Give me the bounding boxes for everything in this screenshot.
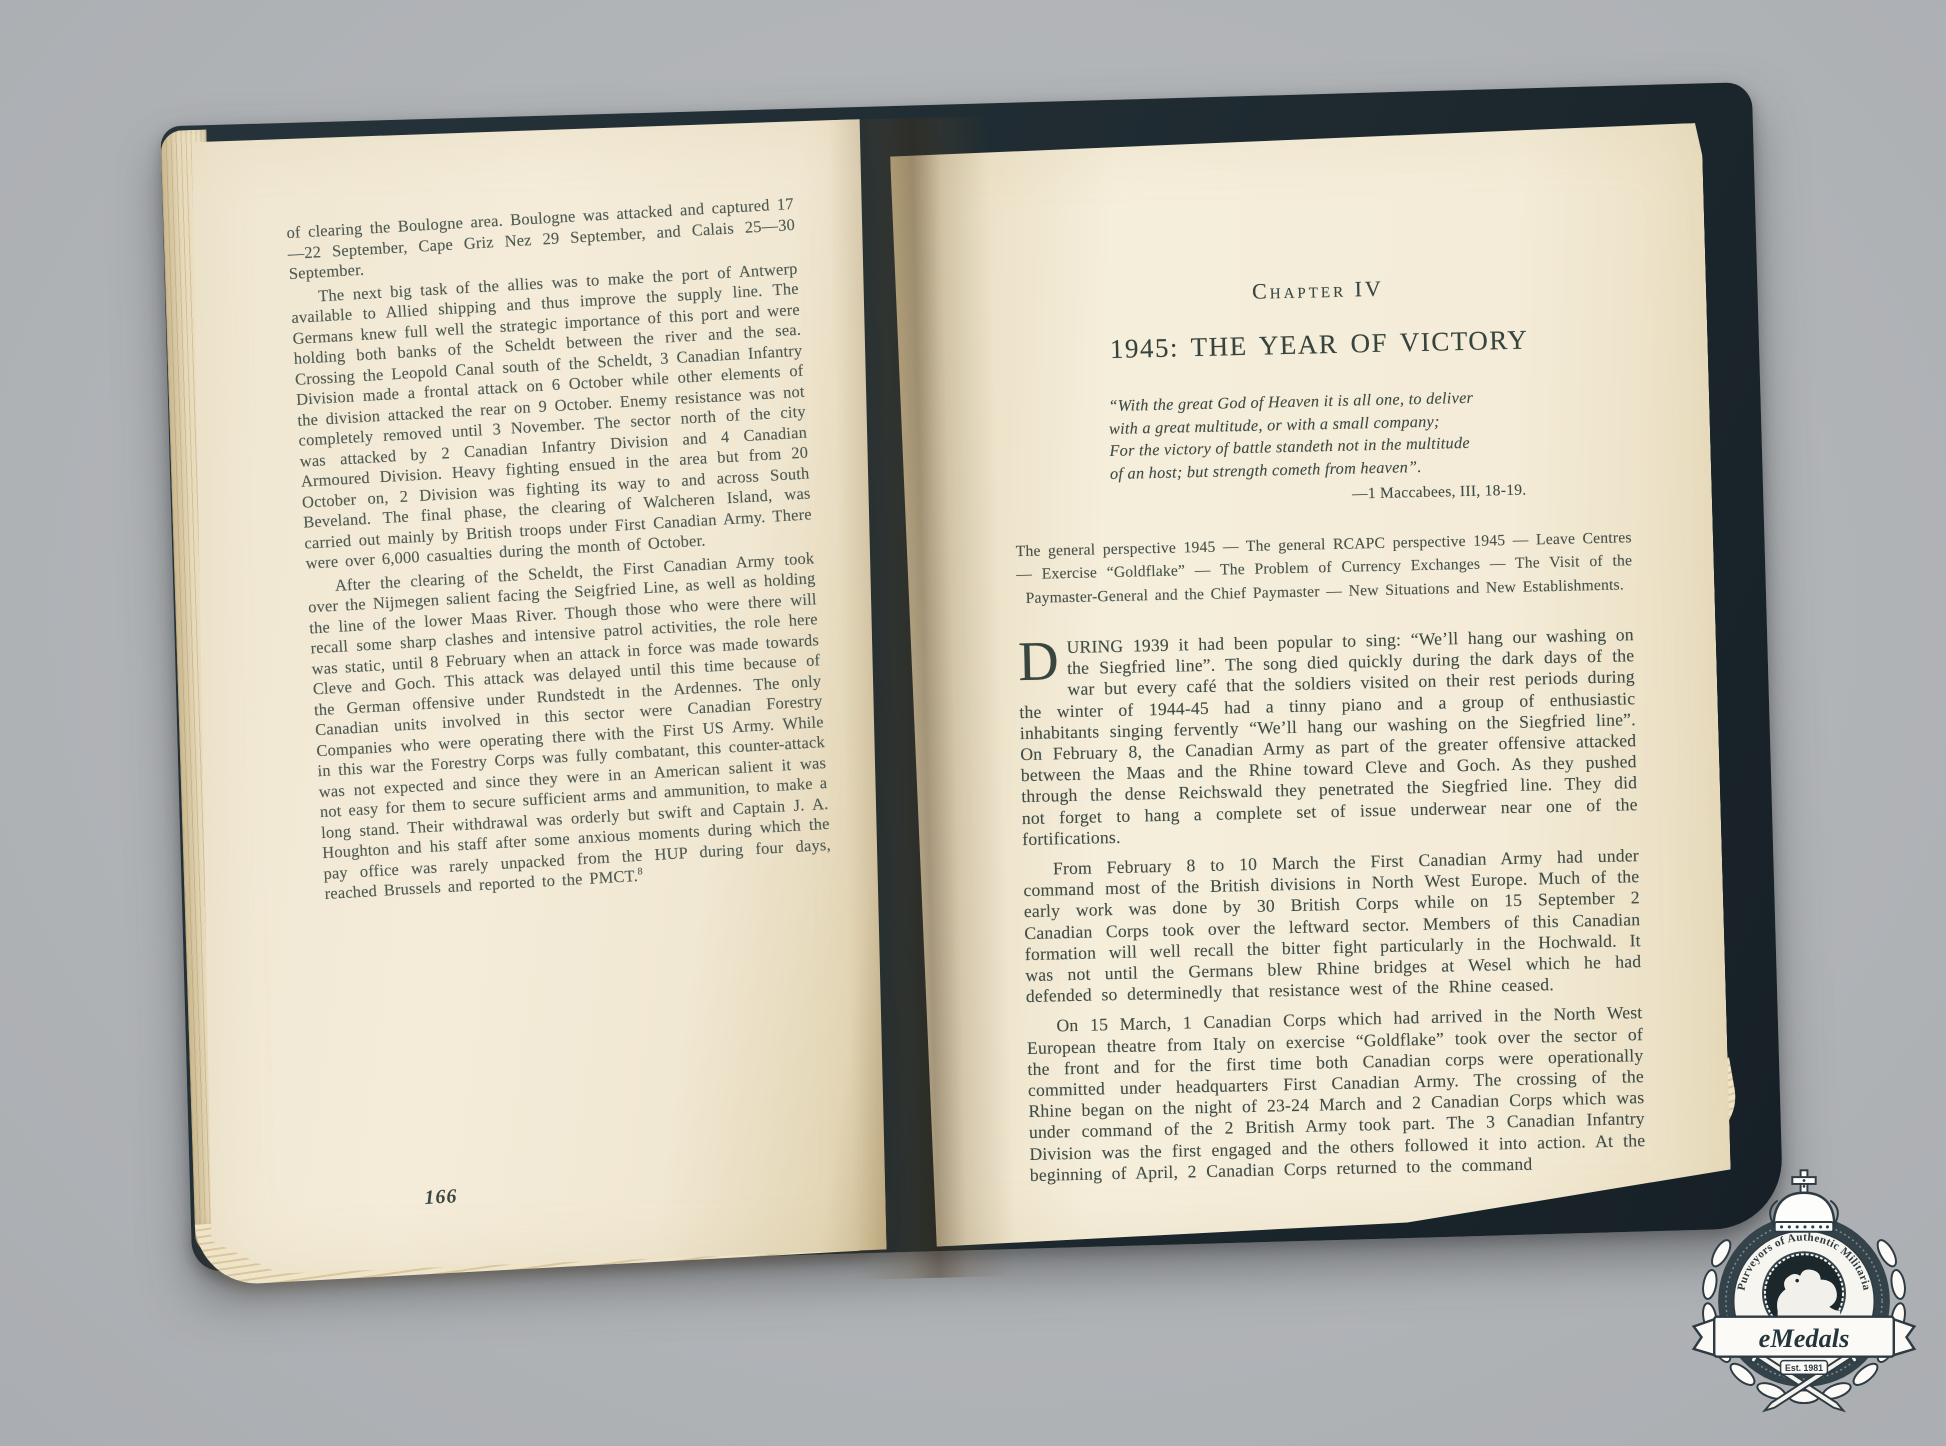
page-number-left: 166 bbox=[424, 1185, 458, 1210]
footnote-marker: 8 bbox=[637, 866, 643, 877]
drop-cap: D bbox=[1018, 637, 1068, 684]
paragraph: After the clearing of the Scheldt, the F… bbox=[306, 548, 832, 905]
left-page: of clearing the Boulogne area. Boulogne … bbox=[188, 119, 887, 1275]
paragraph: The next big task of the allies was to m… bbox=[290, 258, 814, 574]
chapter-title: 1945: THE YEAR OF VICTORY bbox=[1011, 322, 1628, 367]
crown-icon bbox=[1770, 1170, 1838, 1231]
paragraph: On 15 March, 1 Canadian Corps which had … bbox=[1026, 1003, 1646, 1187]
watermark-brand: eMedals bbox=[1759, 1324, 1850, 1353]
paragraph: From February 8 to 10 March the First Ca… bbox=[1023, 845, 1642, 1007]
chapter-summary: The general perspective 1945 — The gener… bbox=[1015, 526, 1632, 610]
right-page: Chapter IV 1945: THE YEAR OF VICTORY “Wi… bbox=[890, 123, 1732, 1247]
epigraph: “With the great God of Heaven it is all … bbox=[1108, 385, 1541, 511]
chapter-label: Chapter IV bbox=[1010, 270, 1626, 310]
lead-paragraph: DURING 1939 it had been popular to sing:… bbox=[1018, 624, 1639, 850]
right-page-text: Chapter IV 1945: THE YEAR OF VICTORY “Wi… bbox=[1010, 270, 1647, 1223]
emedals-watermark: Purveyors of Authentic Militaria bbox=[1682, 1162, 1926, 1446]
established-plaque: Est. 1981 bbox=[1781, 1361, 1828, 1375]
svg-text:Est. 1981: Est. 1981 bbox=[1785, 1363, 1823, 1373]
left-page-text: of clearing the Boulogne area. Boulogne … bbox=[286, 194, 832, 905]
book-photo-scene: of clearing the Boulogne area. Boulogne … bbox=[0, 0, 1946, 1446]
